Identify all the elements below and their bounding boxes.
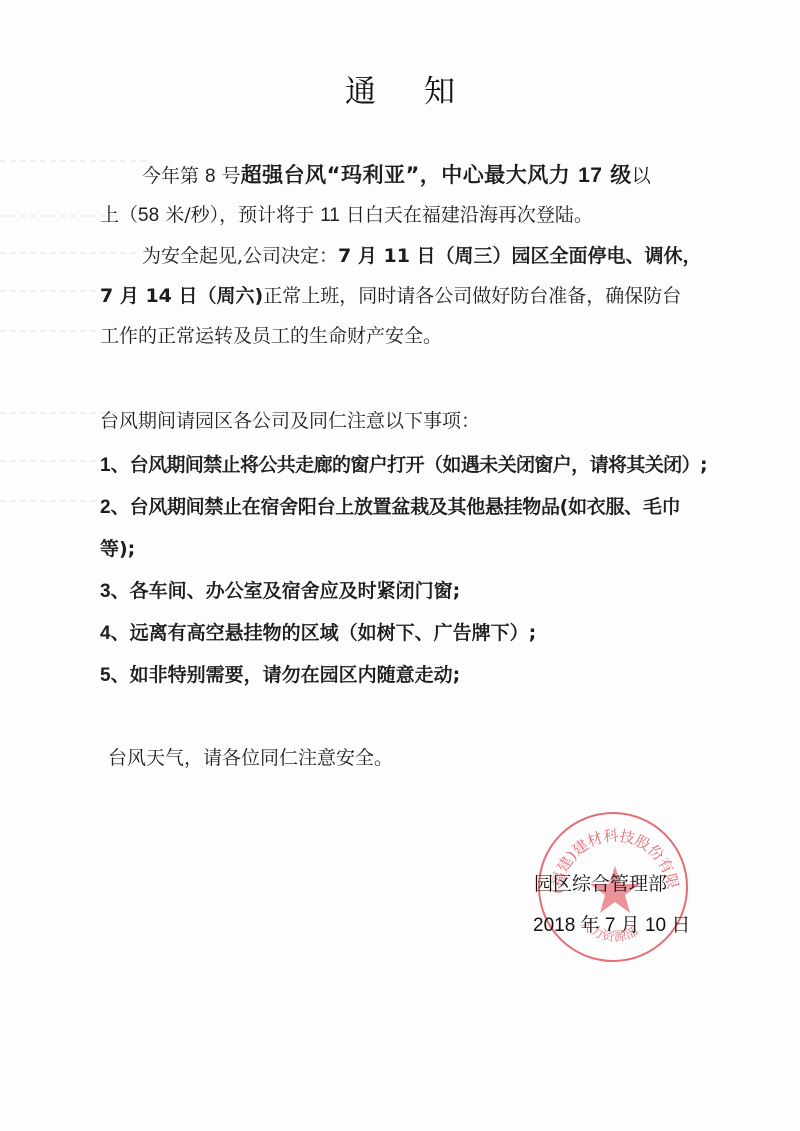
scan-artifact xyxy=(0,500,110,502)
landfall-day: 11 xyxy=(320,205,340,226)
item-number: 5、 xyxy=(100,665,130,686)
closing-remark: 台风天气，请各位同仁注意安全。 xyxy=(108,746,393,770)
paragraph-2-line-2: 7 月 14 日（周六)正常上班，同时请各公司做好防台准备，确保防台 xyxy=(100,284,681,308)
page-title: 通知 xyxy=(0,66,800,111)
paragraph-2-line-1: 为安全起见,公司决定：7 月 11 日（周三）园区全面停电、调休， xyxy=(142,244,702,268)
notice-intro: 台风期间请园区各公司及同仁注意以下事项： xyxy=(100,409,480,433)
text: 今年第 xyxy=(142,165,205,187)
wind-level: 17 xyxy=(578,164,602,187)
wind-speed: 58 xyxy=(138,205,159,226)
scan-artifact xyxy=(0,330,100,332)
text: 日白天在福建沿海再次登陆。 xyxy=(340,204,593,226)
issuing-department: 园区综合管理部 xyxy=(534,872,667,896)
list-item-1: 1、台风期间禁止将公共走廊的窗户打开（如遇未关闭窗户，请将其关闭）; xyxy=(100,453,707,478)
item-text: 远离有高空悬挂物的区域（如树下、广告牌下）; xyxy=(130,622,537,644)
typhoon-number: 8 xyxy=(205,166,216,187)
list-item-2-continuation: 等); xyxy=(100,537,135,561)
list-item-3: 3、各车间、办公室及宿舍应及时紧闭门窗; xyxy=(100,579,460,604)
item-text: 台风期间禁止将公共走廊的窗户打开（如遇未关闭窗户，请将其关闭）; xyxy=(130,454,707,476)
typhoon-emphasis-end: 级 xyxy=(602,163,631,187)
text: 米/秒），预计将于 xyxy=(159,204,320,226)
text: 上（ xyxy=(100,204,138,226)
scan-artifact xyxy=(0,160,150,162)
list-item-5: 5、如非特别需要，请勿在园区内随意走动; xyxy=(100,663,460,688)
item-number: 4、 xyxy=(100,623,130,644)
item-text: 各车间、办公室及宿舍应及时紧闭门窗; xyxy=(130,580,461,602)
item-text: 如非特别需要，请勿在园区内随意走动; xyxy=(130,664,461,686)
text: 以 xyxy=(632,165,651,187)
paragraph-2-line-3: 工作的正常运转及员工的生命财产安全。 xyxy=(100,324,442,348)
resume-date: 7 月 14 日（周六) xyxy=(100,285,263,307)
text: 为安全起见,公司决定： xyxy=(142,245,338,267)
typhoon-emphasis: 超强台风“玛利亚”，中心最大风力 xyxy=(241,163,578,187)
item-number: 3、 xyxy=(100,581,130,602)
scan-artifact xyxy=(0,252,140,254)
paragraph-1-line-2: 上（58 米/秒），预计将于 11 日白天在福建沿海再次登陆。 xyxy=(100,203,593,228)
issue-date: 2018 年 7 月 10 日 xyxy=(533,914,690,938)
text: 号 xyxy=(216,165,241,187)
item-number: 2、 xyxy=(100,497,130,518)
paragraph-1-line-1: 今年第 8 号超强台风“玛利亚”，中心最大风力 17 级以 xyxy=(142,163,651,189)
list-item-2: 2、台风期间禁止在宿舍阳台上放置盆栽及其他悬挂物品(如衣服、毛巾 xyxy=(100,495,680,520)
text: 正常上班，同时请各公司做好防台准备，确保防台 xyxy=(263,285,681,307)
list-item-4: 4、远离有高空悬挂物的区域（如树下、广告牌下）; xyxy=(100,621,536,646)
item-text: 台风期间禁止在宿舍阳台上放置盆栽及其他悬挂物品(如衣服、毛巾 xyxy=(130,496,681,518)
scan-artifact xyxy=(0,460,100,462)
item-number: 1、 xyxy=(100,455,130,476)
scan-artifact xyxy=(0,290,110,292)
shutdown-notice: 7 月 11 日（周三）园区全面停电、调休， xyxy=(338,245,702,267)
